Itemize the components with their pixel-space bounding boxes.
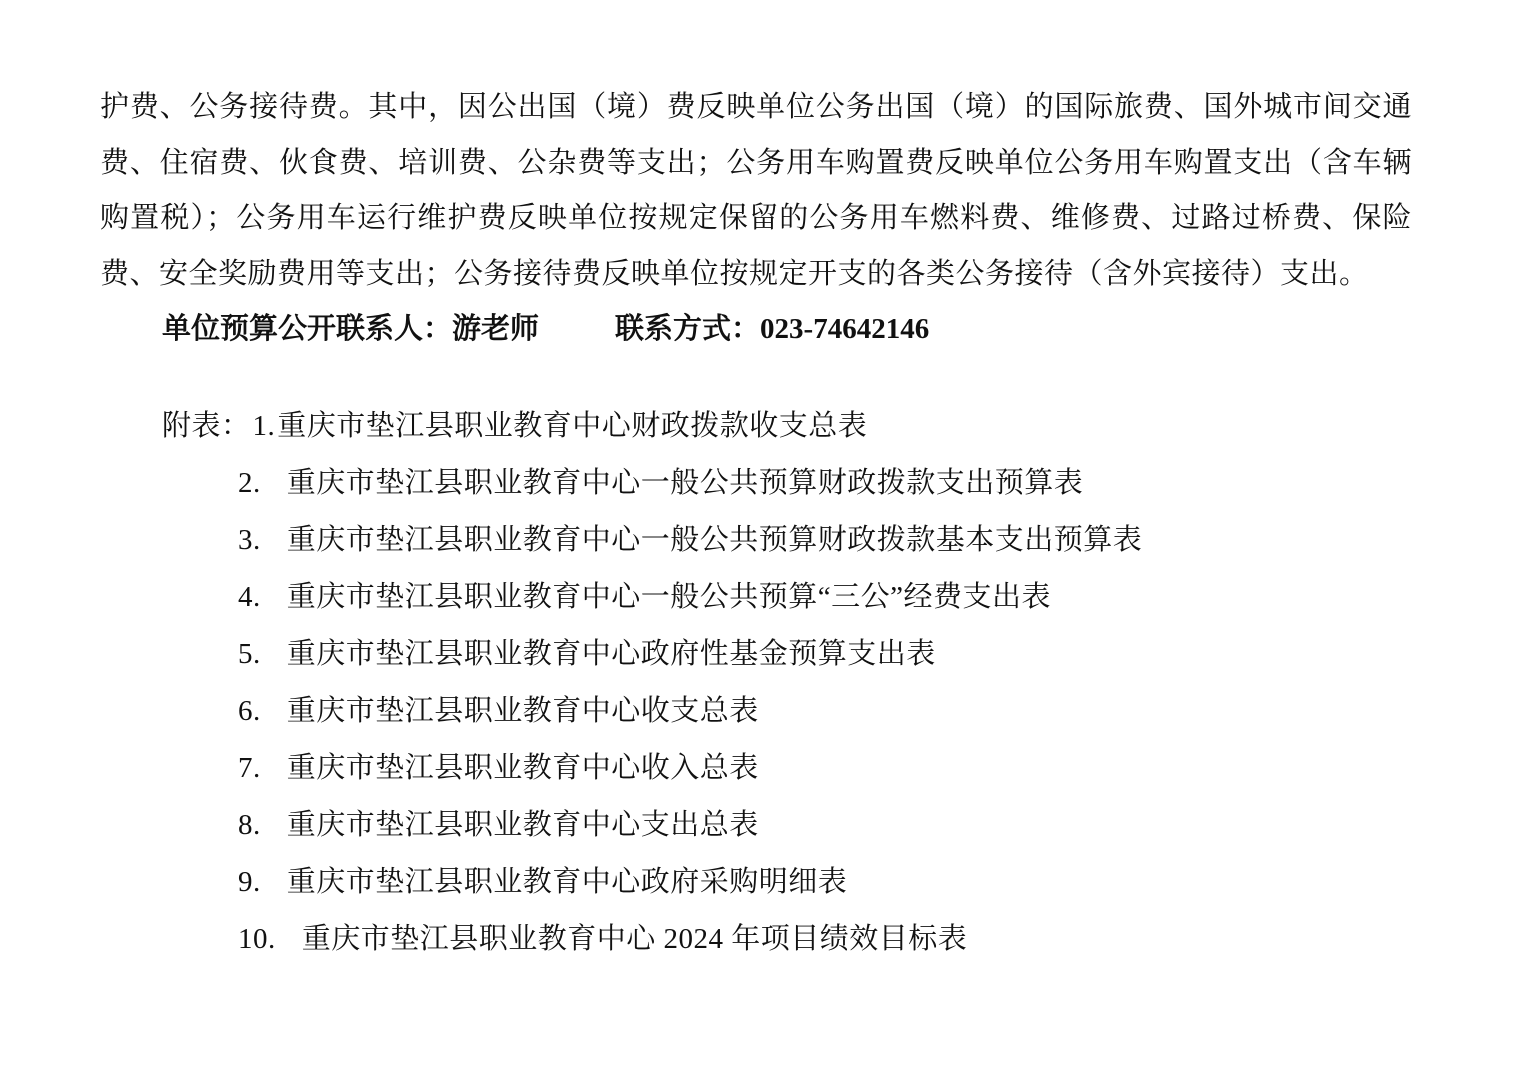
attachment-title: 重庆市垫江县职业教育中心 2024 年项目绩效目标表 (302, 923, 968, 955)
attachment-title: 重庆市垫江县职业教育中心收支总表 (287, 695, 759, 727)
attachment-title: 重庆市垫江县职业教育中心一般公共预算“三公”经费支出表 (287, 581, 1051, 613)
document-page: 护费、公务接待费。其中，因公出国（境）费反映单位公务出国（境）的国际旅费、国外城… (0, 0, 1520, 1074)
attachment-number: 6. (238, 695, 261, 727)
attachment-item-10: 10.重庆市垫江县职业教育中心 2024 年项目绩效目标表 (162, 911, 1142, 968)
attachment-number: 4. (238, 581, 261, 613)
contact-line: 单位预算公开联系人：游老师联系方式：023-74642146 (162, 302, 929, 358)
attachment-number: 9. (238, 866, 261, 898)
attachment-title: 重庆市垫江县职业教育中心政府性基金预算支出表 (287, 638, 936, 670)
attachment-number: 10. (238, 923, 276, 955)
attachment-number: 8. (238, 809, 261, 841)
attachment-title: 重庆市垫江县职业教育中心政府采购明细表 (287, 866, 848, 898)
attachment-item-5: 5.重庆市垫江县职业教育中心政府性基金预算支出表 (162, 626, 1142, 683)
attachment-number: 1. (253, 410, 276, 442)
attachment-list: 附表：1.重庆市垫江县职业教育中心财政拨款收支总表 2.重庆市垫江县职业教育中心… (162, 398, 1142, 968)
attachment-item-2: 2.重庆市垫江县职业教育中心一般公共预算财政拨款支出预算表 (162, 455, 1142, 512)
contact-method-label: 联系方式： (615, 313, 760, 345)
attachment-title: 重庆市垫江县职业教育中心财政拨款收支总表 (277, 410, 867, 442)
attachment-title: 重庆市垫江县职业教育中心一般公共预算财政拨款基本支出预算表 (287, 524, 1143, 556)
contact-person: 单位预算公开联系人：游老师 (162, 313, 539, 345)
body-paragraph: 护费、公务接待费。其中，因公出国（境）费反映单位公务出国（境）的国际旅费、国外城… (100, 80, 1412, 302)
attachment-title: 重庆市垫江县职业教育中心支出总表 (287, 809, 759, 841)
attachment-item-6: 6.重庆市垫江县职业教育中心收支总表 (162, 683, 1142, 740)
attachment-item-9: 9.重庆市垫江县职业教育中心政府采购明细表 (162, 854, 1142, 911)
attachment-item-4: 4.重庆市垫江县职业教育中心一般公共预算“三公”经费支出表 (162, 569, 1142, 626)
attachment-title: 重庆市垫江县职业教育中心一般公共预算财政拨款支出预算表 (287, 467, 1084, 499)
attachment-list-label: 附表： (162, 410, 251, 442)
attachment-number: 7. (238, 752, 261, 784)
attachment-item-3: 3.重庆市垫江县职业教育中心一般公共预算财政拨款基本支出预算表 (162, 512, 1142, 569)
attachment-item-1: 附表：1.重庆市垫江县职业教育中心财政拨款收支总表 (162, 398, 1142, 455)
attachment-number: 3. (238, 524, 261, 556)
contact-phone: 023-74642146 (760, 313, 929, 345)
attachment-item-8: 8.重庆市垫江县职业教育中心支出总表 (162, 797, 1142, 854)
attachment-item-7: 7.重庆市垫江县职业教育中心收入总表 (162, 740, 1142, 797)
attachment-number: 2. (238, 467, 261, 499)
attachment-title: 重庆市垫江县职业教育中心收入总表 (287, 752, 759, 784)
attachment-number: 5. (238, 638, 261, 670)
